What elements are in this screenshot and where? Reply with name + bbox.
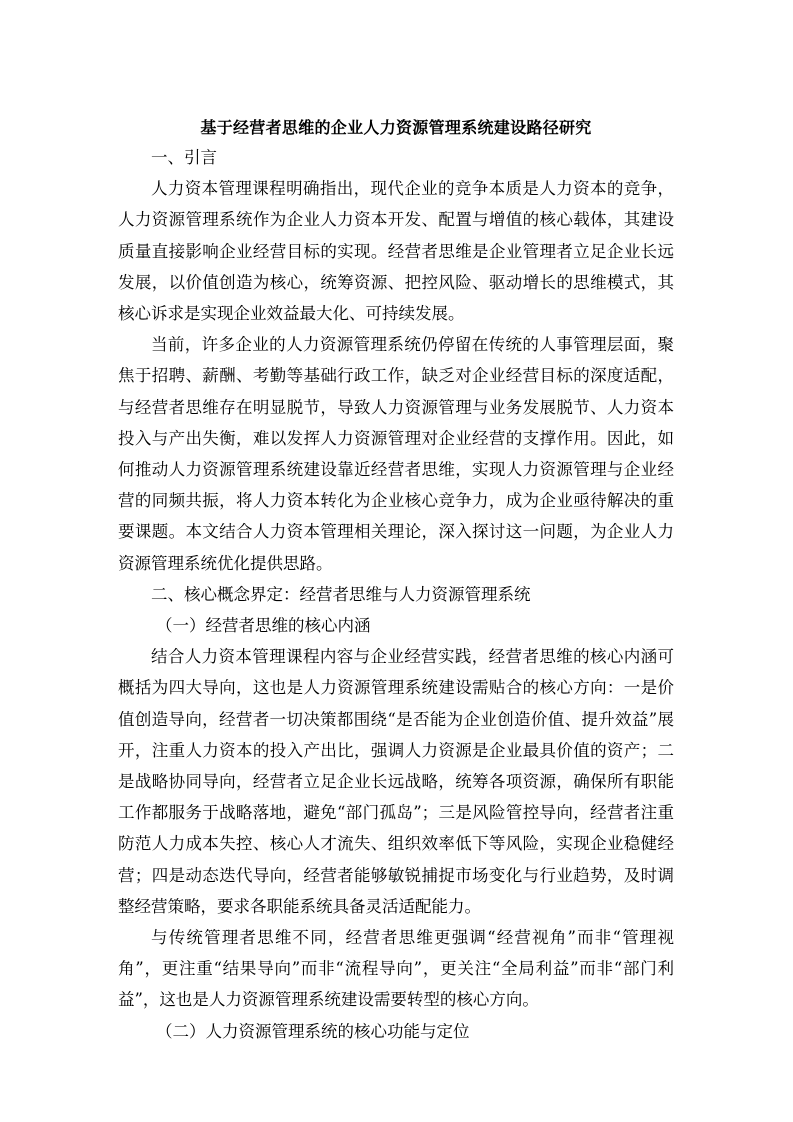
paragraph: 人力资本管理课程明确指出，现代企业的竞争本质是人力资本的竞争，人力资源管理系统作… [118, 173, 674, 329]
document-title: 基于经营者思维的企业人力资源管理系统建设路径研究 [118, 114, 674, 142]
paragraph: 当前，许多企业的人力资源管理系统仍停留在传统的人事管理层面，聚焦于招聘、薪酬、考… [118, 329, 674, 579]
document-page: 基于经营者思维的企业人力资源管理系统建设路径研究 一、引言 人力资本管理课程明确… [0, 0, 793, 1122]
subsection-heading-hr-system-functions: （二）人力资源管理系统的核心功能与定位 [118, 1016, 674, 1047]
paragraph: 结合人力资本管理课程内容与企业经营实践，经营者思维的核心内涵可概括为四大导向，这… [118, 641, 674, 922]
subsection-heading-operator-thinking: （一）经营者思维的核心内涵 [118, 610, 674, 641]
paragraph: 与传统管理者思维不同，经营者思维更强调“经营视角”而非“管理视角”，更注重“结果… [118, 922, 674, 1016]
section-heading-introduction: 一、引言 [118, 142, 674, 173]
section-heading-core-concepts: 二、核心概念界定：经营者思维与人力资源管理系统 [118, 579, 674, 610]
document-body: 基于经营者思维的企业人力资源管理系统建设路径研究 一、引言 人力资本管理课程明确… [118, 114, 674, 1047]
